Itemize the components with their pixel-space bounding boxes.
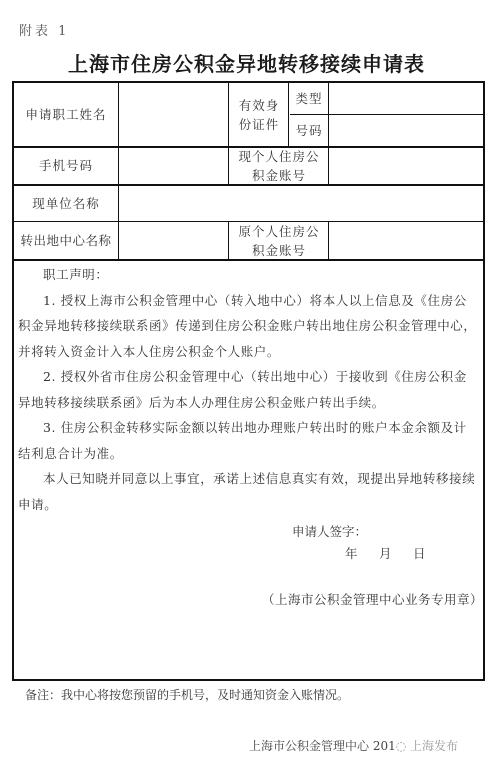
watermark-text: 上海发布 — [410, 739, 458, 753]
issuer-text: 上海市公积金管理中心 201 — [249, 739, 396, 753]
transfer-out-center-field[interactable] — [120, 222, 228, 259]
id-number-field[interactable] — [330, 115, 483, 146]
date-day: 日 — [413, 544, 426, 562]
applicant-name-field[interactable] — [120, 83, 228, 146]
divider — [118, 83, 119, 259]
original-account-label: 原个人住房公积金账号 — [230, 222, 328, 259]
id-document-label-text: 有效身份证件 — [236, 96, 282, 134]
employer-field[interactable] — [120, 185, 483, 221]
divider — [228, 221, 229, 259]
original-account-field[interactable] — [330, 222, 483, 259]
transfer-out-center-label: 转出地中心名称 — [14, 222, 118, 259]
remark-note: 备注：我中心将按您预留的手机号，及时通知资金入账情况。 — [25, 686, 349, 703]
appendix-label: 附表 1 — [19, 20, 69, 39]
divider — [328, 83, 329, 184]
official-seal-label: （上海市公积金管理中心业务专用章） — [262, 590, 483, 608]
divider — [328, 221, 329, 259]
signature-label: 申请人签字： — [292, 522, 367, 540]
id-type-field[interactable] — [330, 83, 483, 114]
date-year: 年 — [345, 544, 358, 562]
footer-issuer: 上海市公积金管理中心 201◌ 上海发布 — [249, 737, 458, 754]
divider — [288, 83, 289, 146]
declaration-consent: 本人已知晓并同意以上事宜，承诺上述信息真实有效，现提出异地转移接续申请。 — [18, 466, 479, 517]
employer-label: 现单位名称 — [14, 185, 118, 221]
wechat-icon: ◌ — [396, 739, 410, 753]
divider — [228, 83, 229, 184]
current-account-label: 现个人住房公积金账号 — [230, 147, 328, 184]
current-account-field[interactable] — [330, 147, 483, 184]
mobile-field[interactable] — [120, 147, 228, 184]
date-month: 月 — [379, 544, 392, 562]
declaration-item-2: 2. 授权外省市住房公积金管理中心（转出地中心）于接收到《住房公积金异地转移接续… — [18, 364, 479, 415]
current-account-label-text: 现个人住房公积金账号 — [238, 147, 320, 185]
declaration-item-3: 3. 住房公积金转移实际金额以转出地办理账户转出时的账户本金余额及计结利息合计为… — [18, 415, 479, 466]
declaration-section: 职工声明： 1. 授权上海市公积金管理中心（转入地中心）将本人以上信息及《住房公… — [18, 262, 479, 517]
declaration-item-1: 1. 授权上海市公积金管理中心（转入地中心）将本人以上信息及《住房公积金异地转移… — [18, 288, 479, 365]
original-account-label-text: 原个人住房公积金账号 — [238, 222, 320, 260]
id-document-label: 有效身份证件 — [230, 83, 288, 146]
declaration-heading: 职工声明： — [18, 262, 479, 288]
mobile-label: 手机号码 — [14, 147, 118, 184]
id-number-label: 号码 — [290, 115, 328, 146]
page-title: 上海市住房公积金异地转移接续申请表 — [0, 48, 493, 77]
id-type-label: 类型 — [290, 83, 328, 114]
applicant-name-label: 申请职工姓名 — [14, 83, 118, 146]
signature-field[interactable] — [370, 518, 470, 538]
